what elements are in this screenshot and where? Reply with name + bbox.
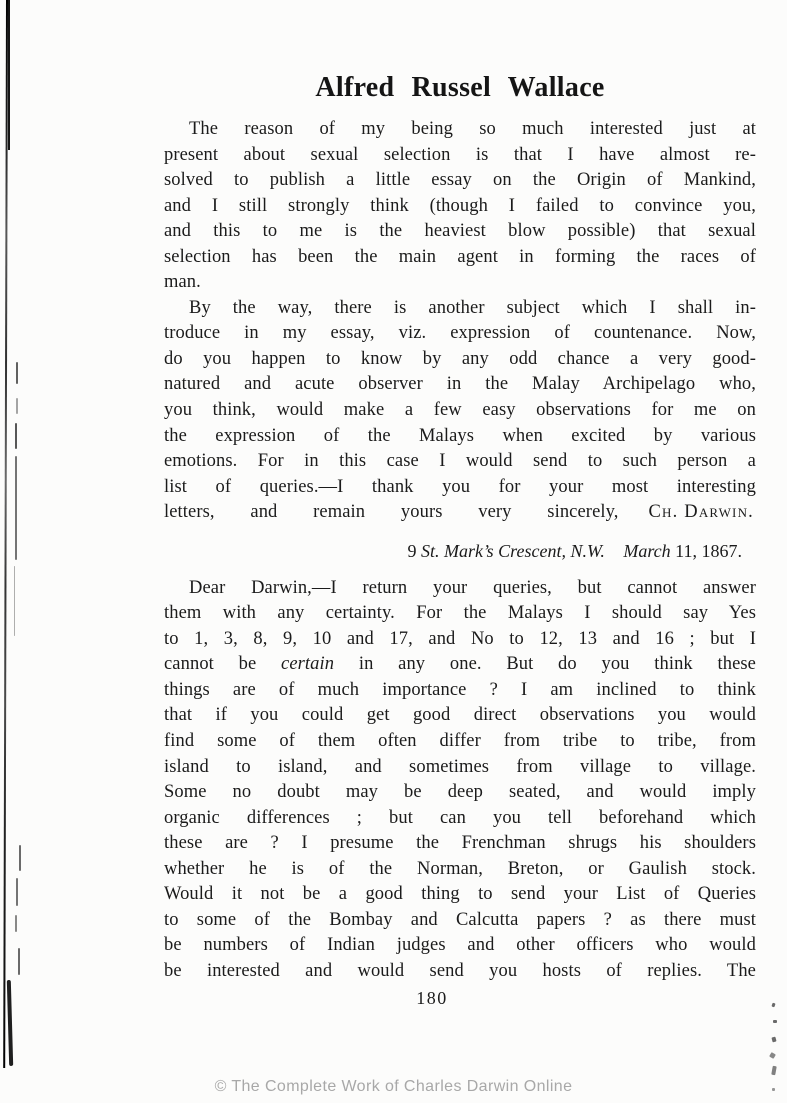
scan-mark <box>16 878 18 906</box>
text-line: things are of much importance ? I am inc… <box>164 678 756 704</box>
text-line: The reason of my being so much intereste… <box>164 117 756 143</box>
scan-mark <box>18 948 20 975</box>
text-line: be interested and would send you hosts o… <box>164 959 756 985</box>
scan-edge-line-top <box>8 0 10 150</box>
address-place: St. Mark’s Crescent, N.W. <box>421 541 605 561</box>
text-line: and I still strongly think (though I fai… <box>164 194 756 220</box>
date-number: 11, 1867. <box>675 541 742 561</box>
address-number: 9 <box>407 541 416 561</box>
text-line: be numbers of Indian judges and other of… <box>164 933 756 959</box>
wallace-letter-paragraph: Dear Darwin,—I return your queries, but … <box>164 576 756 985</box>
text-line: emotions. For in this case I would send … <box>164 449 756 475</box>
scan-mark <box>16 398 18 414</box>
text-line: to 1, 3, 8, 9, 10 and 17, and No to 12, … <box>164 627 756 653</box>
copyright-footer: © The Complete Work of Charles Darwin On… <box>0 1078 787 1096</box>
scan-speck <box>771 1037 776 1043</box>
text-line: these are ? I presume the Frenchman shru… <box>164 831 756 857</box>
text-line: island to island, and sometimes from vil… <box>164 755 756 781</box>
closing-line: letters, and remain yours very sincerely… <box>164 500 756 526</box>
text-segment: cannot be <box>164 654 256 674</box>
closing-text: letters, and remain yours very sincerely… <box>164 500 649 526</box>
scanned-book-page: Alfred Russel Wallace The reason of my b… <box>0 0 787 1103</box>
scan-edge-line <box>3 0 8 1068</box>
page-number: 180 <box>136 986 728 1011</box>
text-line: to some of the Bombay and Calcutta paper… <box>164 908 756 934</box>
dateline: 9 St. Mark’s Crescent, N.W. March 11, 18… <box>164 539 756 564</box>
italic-word: certain <box>281 654 334 674</box>
text-line: selection has been the main agent in for… <box>164 245 756 271</box>
text-line: solved to publish a little essay on the … <box>164 168 756 194</box>
scan-mark <box>15 423 17 449</box>
text-line: Dear Darwin,—I return your queries, but … <box>164 576 756 602</box>
scan-speck <box>771 1003 775 1008</box>
text-line: present about sexual selection is that I… <box>164 143 756 169</box>
text-line: and this to me is the heaviest blow poss… <box>164 219 756 245</box>
text-line: do you happen to know by any odd chance … <box>164 347 756 373</box>
text-line: Would it not be a good thing to send you… <box>164 882 756 908</box>
date-month: March <box>623 541 670 561</box>
text-line: you think, would make a few easy observa… <box>164 398 756 424</box>
scan-mark <box>15 915 17 932</box>
scan-mark <box>19 845 21 871</box>
text-line: whether he is of the Norman, Breton, or … <box>164 857 756 883</box>
text-line: man. <box>164 270 756 296</box>
text-line: them with any certainty. For the Malays … <box>164 601 756 627</box>
text-line: troduce in my essay, viz. expression of … <box>164 321 756 347</box>
text-line: Some no doubt may be deep seated, and wo… <box>164 780 756 806</box>
text-segment: in any one. But do you think these <box>359 654 756 674</box>
text-line: natured and acute observer in the Malay … <box>164 372 756 398</box>
page-title: Alfred Russel Wallace <box>164 72 756 104</box>
scan-speck <box>769 1052 776 1059</box>
text-line-with-italic: cannot be certain in any one. But do you… <box>164 652 756 678</box>
scan-edge-line-bottom <box>7 980 13 1066</box>
darwin-letter-paragraph-2: By the way, there is another subject whi… <box>164 296 756 526</box>
scan-mark <box>15 456 17 560</box>
scan-speck <box>771 1066 777 1076</box>
scan-mark <box>14 566 15 636</box>
scan-speck <box>773 1020 777 1023</box>
text-line: organic differences ; but can you tell b… <box>164 806 756 832</box>
text-line: list of queries.—I thank you for your mo… <box>164 475 756 501</box>
text-line: find some of them often differ from trib… <box>164 729 756 755</box>
signature-ch-darwin: Ch. Darwin. <box>649 500 757 526</box>
text-line: that if you could get good direct observ… <box>164 703 756 729</box>
scan-mark <box>16 362 18 384</box>
text-column: Alfred Russel Wallace The reason of my b… <box>164 0 756 1011</box>
darwin-letter-paragraph-1: The reason of my being so much intereste… <box>164 117 756 296</box>
text-line: By the way, there is another subject whi… <box>164 296 756 322</box>
text-line: the expression of the Malays when excite… <box>164 424 756 450</box>
